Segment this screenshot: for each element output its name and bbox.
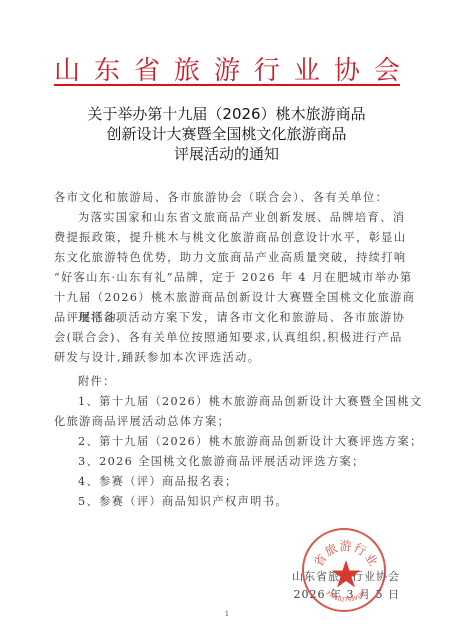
- title-line: 创新设计大赛暨全国桃文化旅游商品: [0, 124, 453, 144]
- letterhead-char: 业: [294, 56, 320, 86]
- paragraph-line: 研发与设计,踊跃参加本次评选活动。: [54, 348, 400, 368]
- letterhead-char: 游: [214, 56, 240, 86]
- title-line: 评展活动的通知: [0, 144, 453, 164]
- attachment-item: 5、参赛（评）商品知识产权声明书。: [54, 492, 400, 512]
- attachment-item: 1、第十九届（2026）桃木旅游商品创新设计大赛暨全国桃文: [54, 392, 400, 412]
- paragraph-line: 东文化旅游特色优势，助力文旅商品产业高质量突破，持续打响: [54, 248, 400, 268]
- paragraph-line: 费提振政策，提升桃木与桃文化旅游商品创意设计水平，彰显山: [54, 228, 400, 248]
- official-seal-icon: 省旅游行业 3701027939186: [302, 528, 386, 612]
- letterhead-char: 旅: [174, 56, 200, 86]
- paragraph-line: 为落实国家和山东省文旅商品产业创新发展、品牌培育、消: [54, 208, 400, 228]
- attachments-list: 附件： 1、第十九届（2026）桃木旅游商品创新设计大赛暨全国桃文 化旅游商品评…: [54, 372, 400, 512]
- document-title: 关于举办第十九届（2026）桃木旅游商品 创新设计大赛暨全国桃文化旅游商品 评展…: [0, 104, 453, 164]
- document-page: 山 东 省 旅 游 行 业 协 会 关于举办第十九届（2026）桃木旅游商品 创…: [0, 0, 453, 640]
- page-number: 1: [222, 610, 232, 618]
- title-line: 关于举办第十九届（2026）桃木旅游商品: [0, 104, 453, 124]
- paragraph-line: 现将各项活动方案下发，请各市文化和旅游局、各市旅游协: [54, 308, 400, 328]
- attachment-item: 3、2026 全国桃文化旅游商品评展活动评选方案；: [54, 452, 400, 472]
- letterhead-char: 行: [254, 56, 280, 86]
- attachment-item: 2、第十九届（2026）桃木旅游商品创新设计大赛评选方案；: [54, 432, 400, 452]
- paragraph-line: 十九届（2026）桃木旅游商品创新设计大赛暨全国桃文化旅游商: [54, 288, 400, 308]
- attachment-item: 4、参赛（评）商品报名表；: [54, 472, 400, 492]
- letterhead-red-rule: [54, 84, 400, 86]
- letterhead-char: 省: [134, 56, 160, 86]
- attachment-item-continued: 化旅游商品评展活动总体方案；: [54, 412, 400, 432]
- paragraph-instructions: 现将各项活动方案下发，请各市文化和旅游局、各市旅游协 会(联合会)、各有关单位按…: [54, 308, 400, 368]
- letterhead-char: 会: [374, 56, 400, 86]
- letterhead-char: 东: [94, 56, 120, 86]
- attachments-label: 附件：: [54, 372, 400, 392]
- letterhead-char: 协: [334, 56, 360, 86]
- seal-graphic: 省旅游行业 3701027939186: [304, 530, 388, 614]
- paragraph-line: “好客山东·山东有礼”品牌，定于 2026 年 4 月在肥城市举办第: [54, 268, 400, 288]
- svg-text:3701027939186: 3701027939186: [324, 590, 368, 604]
- paragraph-line: 会(联合会)、各有关单位按照通知要求,认真组织,积极进行产品: [54, 328, 400, 348]
- salutation-text: 各市文化和旅游局、各市旅游协会（联合会）、各有关单位：: [54, 188, 400, 208]
- org-letterhead: 山 东 省 旅 游 行 业 协 会: [54, 56, 400, 86]
- salutation: 各市文化和旅游局、各市旅游协会（联合会）、各有关单位：: [54, 188, 400, 208]
- letterhead-char: 山: [54, 56, 80, 86]
